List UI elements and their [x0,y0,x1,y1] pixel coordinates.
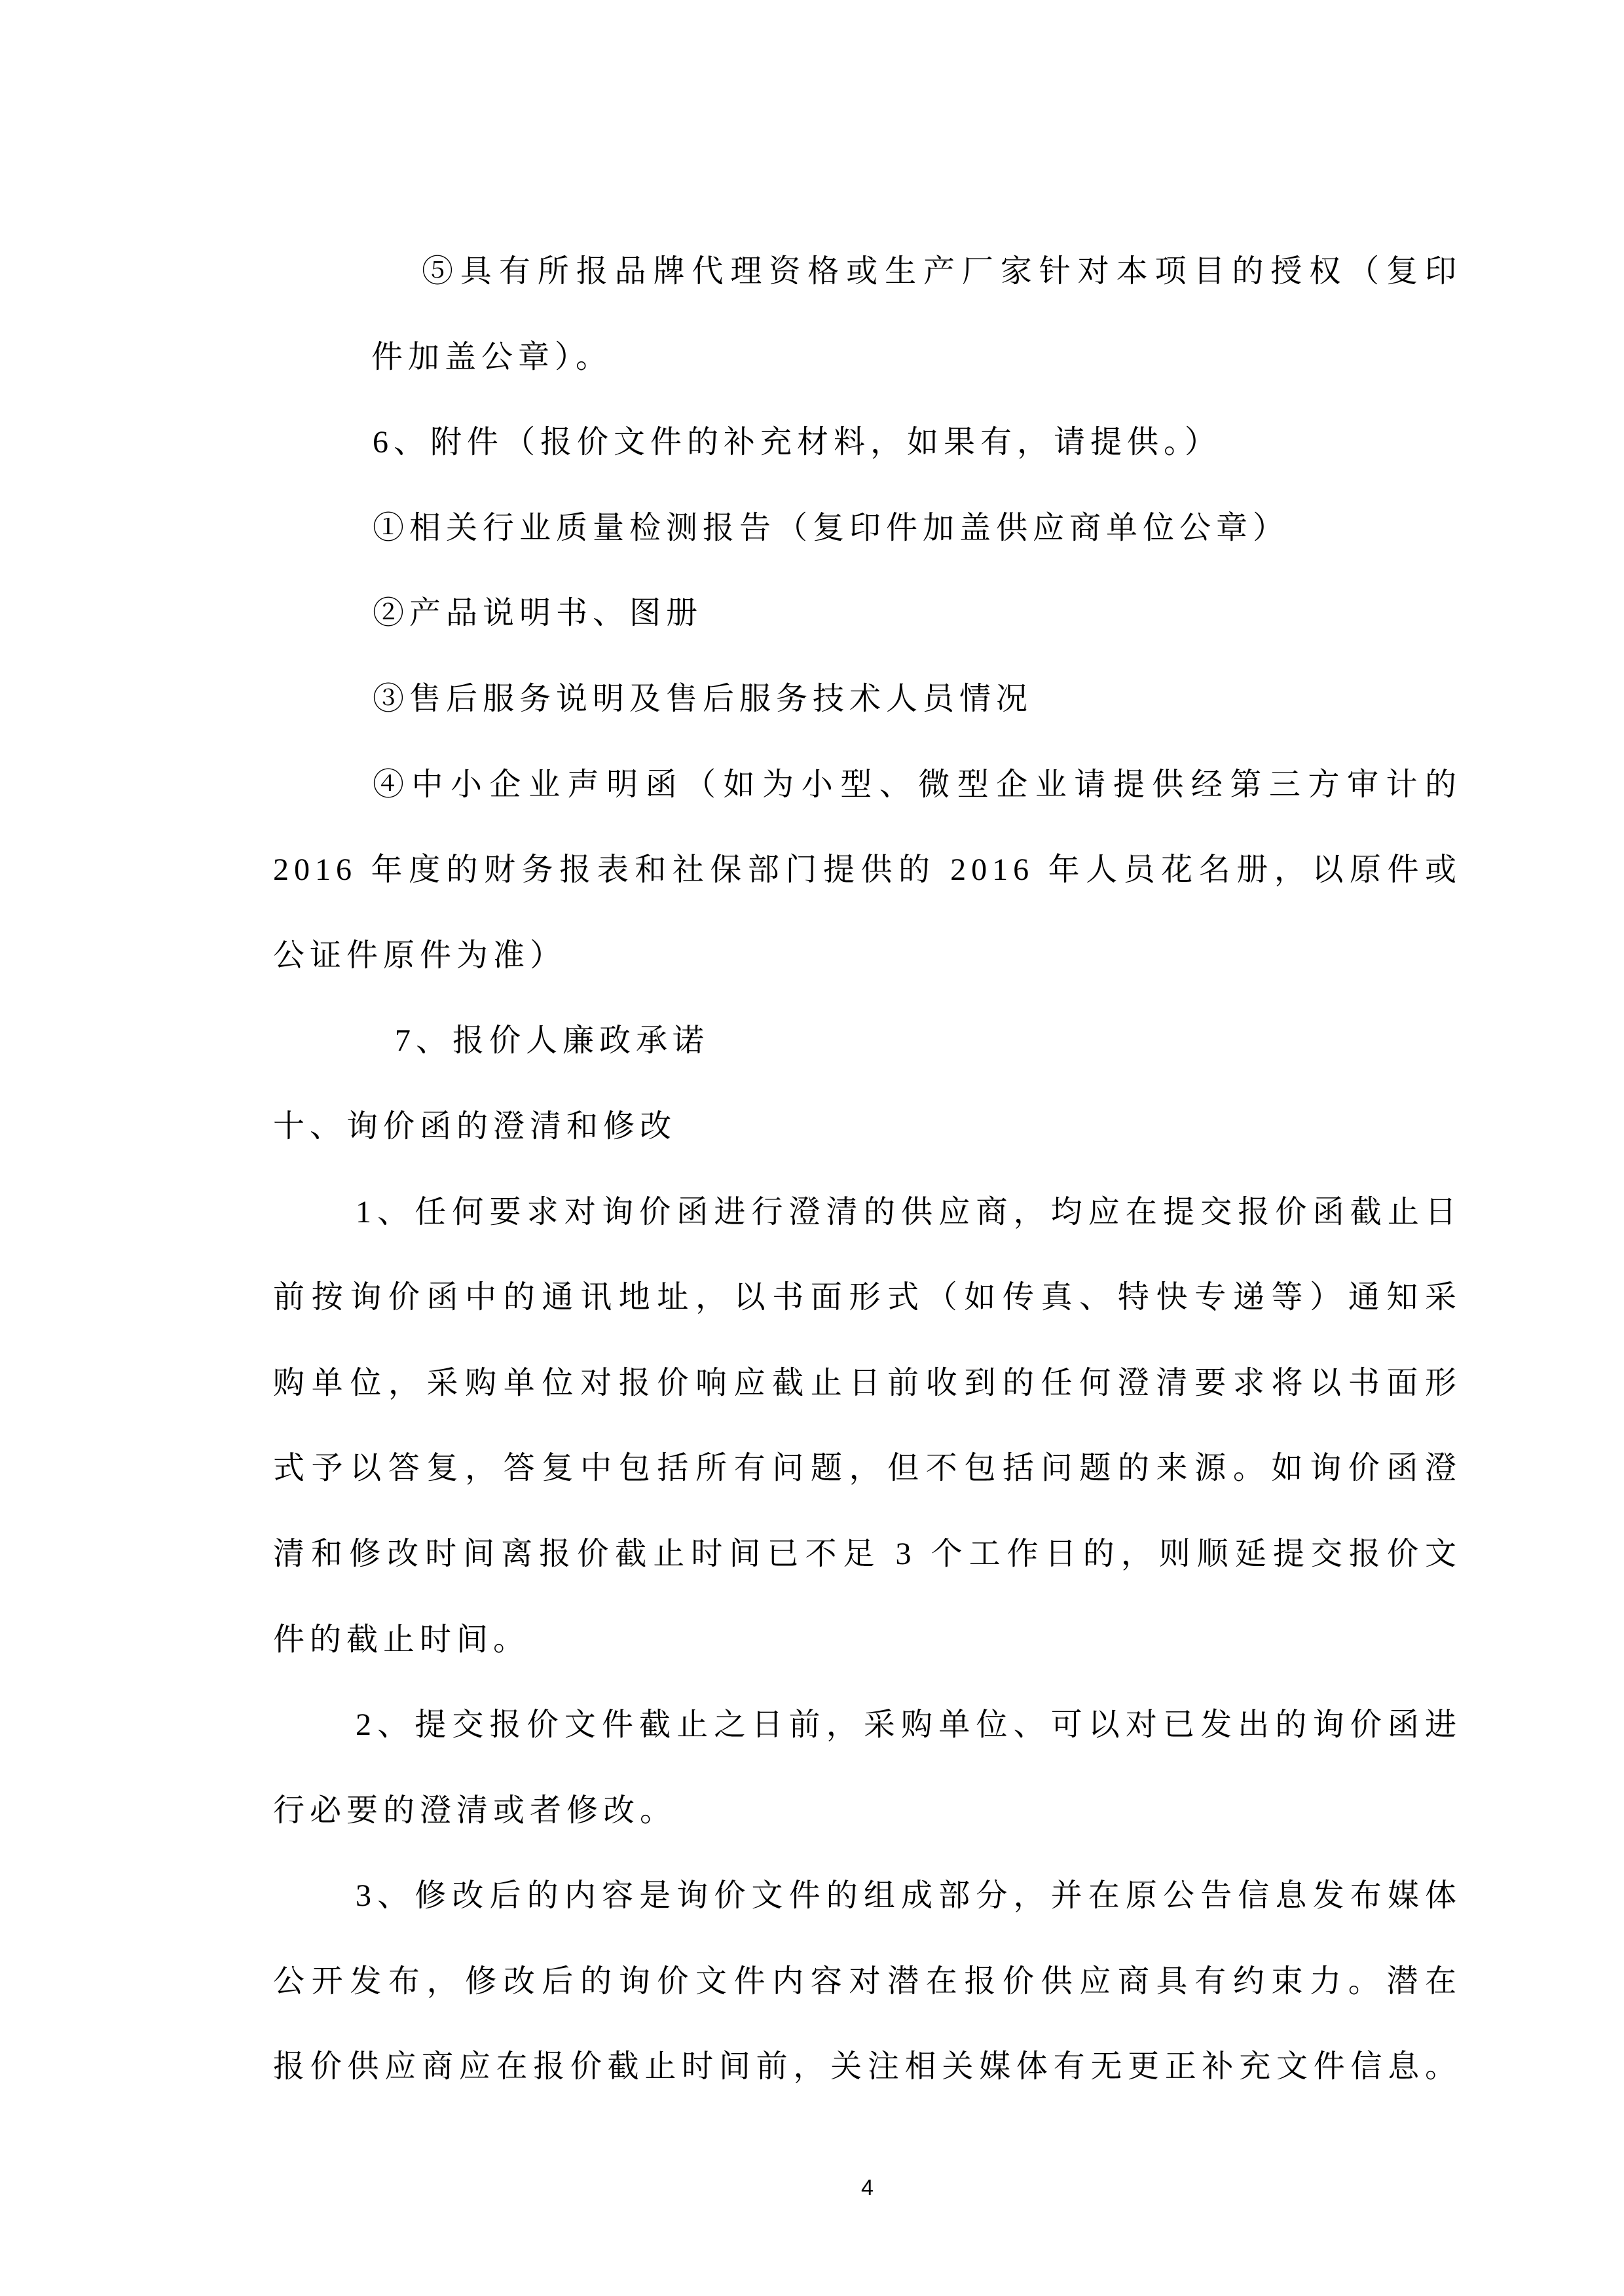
text-line: 件的截止时间。 [273,1597,1462,1683]
text-line: 式予以答复，答复中包括所有问题，但不包括问题的来源。如询价函澄 [273,1426,1462,1512]
text-line: 3、修改后的内容是询价文件的组成部分，并在原公告信息发布媒体 [273,1853,1462,1939]
text-line: ⑤具有所报品牌代理资格或生产厂家针对本项目的授权（复印 [273,229,1462,315]
text-line: 十、询价函的澄清和修改 [273,1084,1462,1170]
text-line: 1、任何要求对询价函进行澄清的供应商，均应在提交报价函截止日 [273,1170,1462,1256]
text-line: 公证件原件为准） [273,913,1462,999]
text-line: 2016 年度的财务报表和社保部门提供的 2016 年人员花名册，以原件或 [273,828,1462,913]
text-line: 7、报价人廉政承诺 [273,998,1462,1084]
text-line: ①相关行业质量检测报告（复印件加盖供应商单位公章） [273,486,1462,572]
text-line: 6、附件（报价文件的补充材料，如果有，请提供。） [273,400,1462,486]
text-line: 件加盖公章）。 [273,315,1462,401]
text-line: 2、提交报价文件截止之日前，采购单位、可以对已发出的询价函进 [273,1683,1462,1768]
text-line: 前按询价函中的通讯地址，以书面形式（如传真、特快专递等）通知采 [273,1255,1462,1341]
text-line: 清和修改时间离报价截止时间已不足 3 个工作日的，则顺延提交报价文 [273,1512,1462,1597]
text-line: 行必要的澄清或者修改。 [273,1768,1462,1854]
text-line: ③售后服务说明及售后服务技术人员情况 [273,657,1462,742]
page-number: 4 [273,2174,1462,2202]
text-line: ②产品说明书、图册 [273,571,1462,657]
text-line: ④中小企业声明函（如为小型、微型企业请提供经第三方审计的 [273,742,1462,828]
text-line: 报价供应商应在报价截止时间前，关注相关媒体有无更正补充文件信息。 [273,2024,1462,2110]
document-page: ⑤具有所报品牌代理资格或生产厂家针对本项目的授权（复印件加盖公章）。6、附件（报… [0,0,1624,2296]
text-line: 公开发布，修改后的询价文件内容对潜在报价供应商具有约束力。潜在 [273,1939,1462,2025]
text-line: 购单位，采购单位对报价响应截止日前收到的任何澄清要求将以书面形 [273,1341,1462,1427]
document-lines: ⑤具有所报品牌代理资格或生产厂家针对本项目的授权（复印件加盖公章）。6、附件（报… [273,229,1462,2110]
